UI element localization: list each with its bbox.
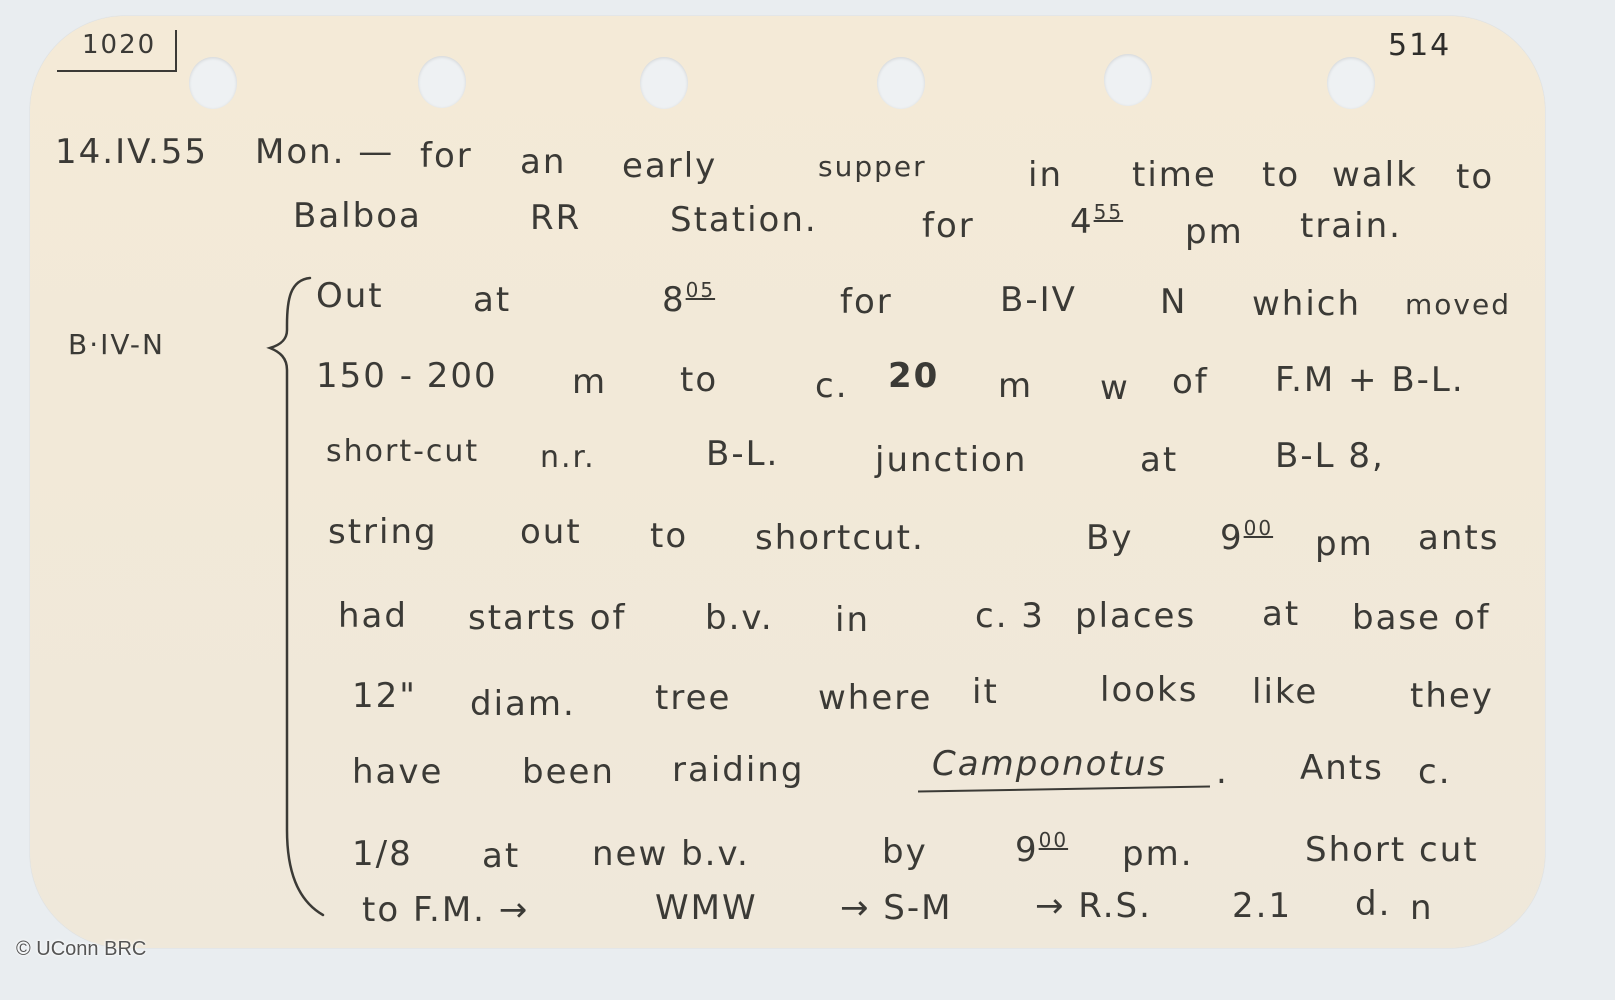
word: had <box>338 596 408 636</box>
word: for <box>840 282 893 322</box>
word: 12" <box>352 676 417 716</box>
punch-hole <box>1104 54 1152 106</box>
word: to F.M. → <box>362 890 529 930</box>
entry-day: Mon. — <box>255 132 394 172</box>
word: By <box>1086 518 1133 558</box>
word: at <box>1262 594 1300 634</box>
page-number: 514 <box>1388 28 1451 63</box>
word: to <box>1456 157 1494 197</box>
word: c. <box>815 366 849 406</box>
word: moved <box>1405 288 1511 321</box>
card-id: 1020 <box>82 30 156 60</box>
word: time <box>1132 155 1217 195</box>
word: where <box>818 678 932 718</box>
word: new b.v. <box>592 834 750 874</box>
word: B-IV <box>1000 280 1077 320</box>
word: to <box>1262 155 1300 195</box>
word: pm <box>1185 212 1244 252</box>
word: 900 <box>1015 830 1068 870</box>
word: m <box>572 362 607 402</box>
word: n <box>1410 888 1434 928</box>
word: to <box>650 516 688 556</box>
word: an <box>520 142 566 182</box>
word: by <box>882 832 928 872</box>
word: w <box>1100 368 1130 408</box>
copyright-watermark: © UConn BRC <box>16 938 146 961</box>
word: 2.1 <box>1232 886 1292 926</box>
word: 455 <box>1070 202 1123 242</box>
word: to <box>680 360 718 400</box>
word: Ants <box>1300 748 1384 788</box>
punch-hole <box>189 57 237 109</box>
word: Out <box>316 276 384 316</box>
word: c. 3 <box>975 596 1045 636</box>
word: Station. <box>670 200 818 240</box>
word: → R.S. <box>1035 886 1152 926</box>
word: pm. <box>1122 834 1194 874</box>
word: for <box>420 136 473 176</box>
word: supper <box>818 150 927 183</box>
word: string <box>328 512 438 552</box>
word: at <box>473 280 511 320</box>
word: diam. <box>470 684 576 724</box>
word: → S-M <box>840 888 952 928</box>
word: Camponotus <box>932 744 1167 784</box>
word: short-cut <box>326 434 479 469</box>
word: in <box>1028 155 1063 195</box>
word: shortcut. <box>755 518 925 558</box>
word: it <box>972 672 999 712</box>
word: n.r. <box>540 440 596 475</box>
word: 150 - 200 <box>316 356 498 396</box>
word: d. <box>1355 884 1391 924</box>
word: been <box>522 752 615 792</box>
word: Short cut <box>1305 830 1479 870</box>
word: junction <box>875 440 1027 480</box>
word: out <box>520 512 582 552</box>
word: of <box>1172 362 1209 402</box>
word: like <box>1252 672 1318 712</box>
word: starts of <box>468 598 626 638</box>
word: in <box>835 600 870 640</box>
word: base of <box>1352 598 1491 638</box>
word: ants <box>1418 518 1499 558</box>
word: 20 <box>888 356 939 396</box>
word: places <box>1075 596 1196 636</box>
word: looks <box>1100 670 1198 710</box>
word: at <box>1140 440 1178 480</box>
word: have <box>352 752 443 792</box>
word: . <box>1216 752 1229 792</box>
word: at <box>482 836 520 876</box>
word: b.v. <box>705 598 774 638</box>
word: m <box>998 366 1033 406</box>
punch-hole <box>877 57 925 109</box>
word: B-L 8, <box>1275 436 1385 476</box>
word: 805 <box>662 280 715 320</box>
word: WMW <box>655 888 758 928</box>
word: RR <box>530 198 581 238</box>
word: which <box>1252 284 1361 324</box>
word: they <box>1410 676 1494 716</box>
word: walk <box>1332 155 1418 195</box>
word: tree <box>655 678 731 718</box>
word: 900 <box>1220 518 1273 558</box>
punch-hole <box>1327 57 1375 109</box>
word: 1/8 <box>352 834 413 874</box>
punch-hole <box>640 57 688 109</box>
word: c. <box>1418 752 1452 792</box>
margin-label: B·IV-N <box>68 328 165 361</box>
word: raiding <box>672 750 804 790</box>
word: B-L. <box>706 434 779 474</box>
word: N <box>1160 282 1187 322</box>
entry-date: 14.IV.55 <box>55 132 208 172</box>
word: F.M + B-L. <box>1275 360 1465 400</box>
word: train. <box>1300 206 1402 246</box>
punch-hole <box>418 56 466 108</box>
word: pm <box>1315 524 1374 564</box>
word: for <box>922 206 975 246</box>
word: early <box>622 146 717 186</box>
word: Balboa <box>293 196 422 236</box>
